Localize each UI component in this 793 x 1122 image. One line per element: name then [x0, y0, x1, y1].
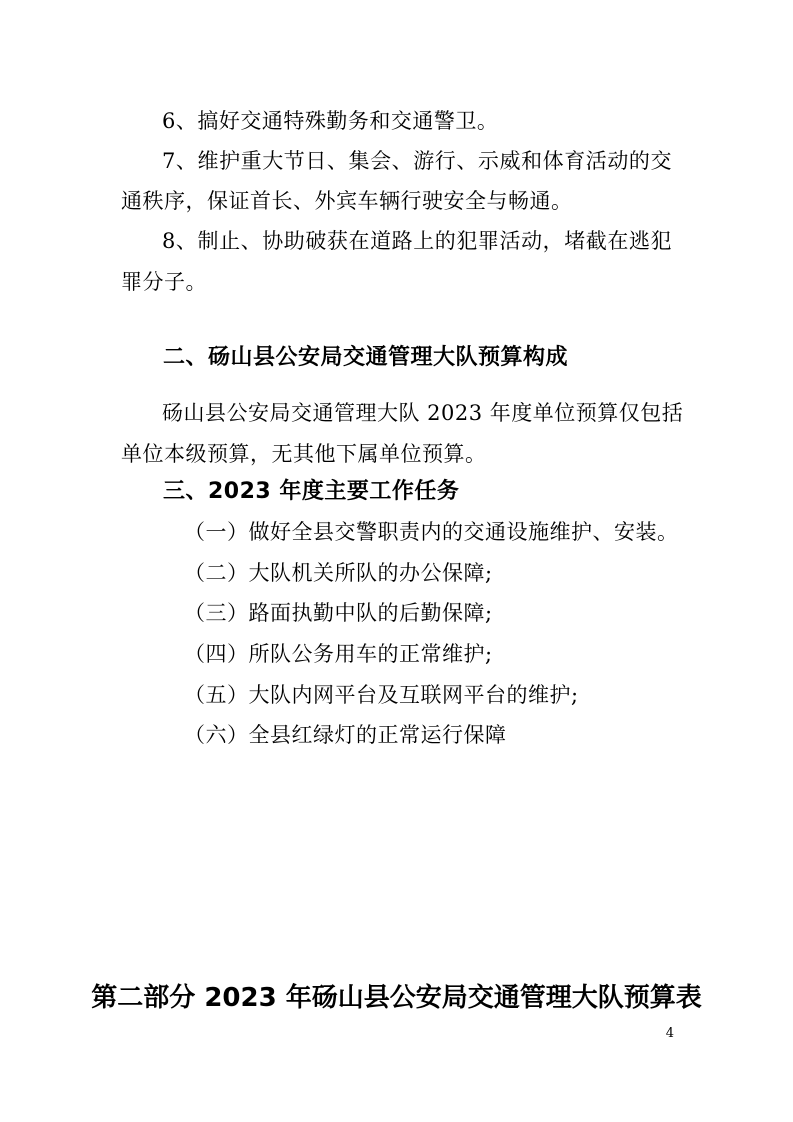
task-item-6: （六）全县红绿灯的正常运行保障: [184, 722, 507, 748]
task-item-2: （二）大队机关所队的办公保障;: [184, 560, 493, 586]
document-page: 6、搞好交通特殊勤务和交通警卫。 7、维护重大节日、集会、游行、示威和体育活动的…: [0, 0, 793, 1122]
task-item-3: （三）路面执勤中队的后勤保障;: [184, 600, 493, 626]
page-number: 4: [640, 1026, 674, 1042]
part-2-heading: 第二部分 2023 年砀山县公安局交通管理大队预算表: [0, 983, 793, 1013]
section-2-paragraph-line-2: 单位本级预算，无其他下属单位预算。: [121, 441, 487, 467]
section-3-heading: 三、2023 年度主要工作任务: [163, 479, 459, 505]
paragraph-7-line-1: 7、维护重大节日、集会、游行、示威和体育活动的交: [162, 148, 672, 174]
task-item-1: （一）做好全县交警职责内的交通设施维护、安装。: [184, 519, 679, 545]
section-2-paragraph-line-1: 砀山县公安局交通管理大队 2023 年度单位预算仅包括: [162, 400, 672, 426]
section-2-heading: 二、砀山县公安局交通管理大队预算构成: [163, 345, 568, 371]
paragraph-8-line-1: 8、制止、协助破获在道路上的犯罪活动，堵截在逃犯: [162, 228, 672, 254]
task-item-5: （五）大队内网平台及互联网平台的维护;: [184, 682, 579, 708]
task-item-4: （四）所队公务用车的正常维护;: [184, 641, 493, 667]
paragraph-8-line-2: 罪分子。: [121, 269, 207, 295]
paragraph-6-line-1: 6、搞好交通特殊勤务和交通警卫。: [162, 108, 498, 134]
paragraph-7-line-2: 通秩序，保证首长、外宾车辆行驶安全与畅通。: [121, 188, 573, 214]
